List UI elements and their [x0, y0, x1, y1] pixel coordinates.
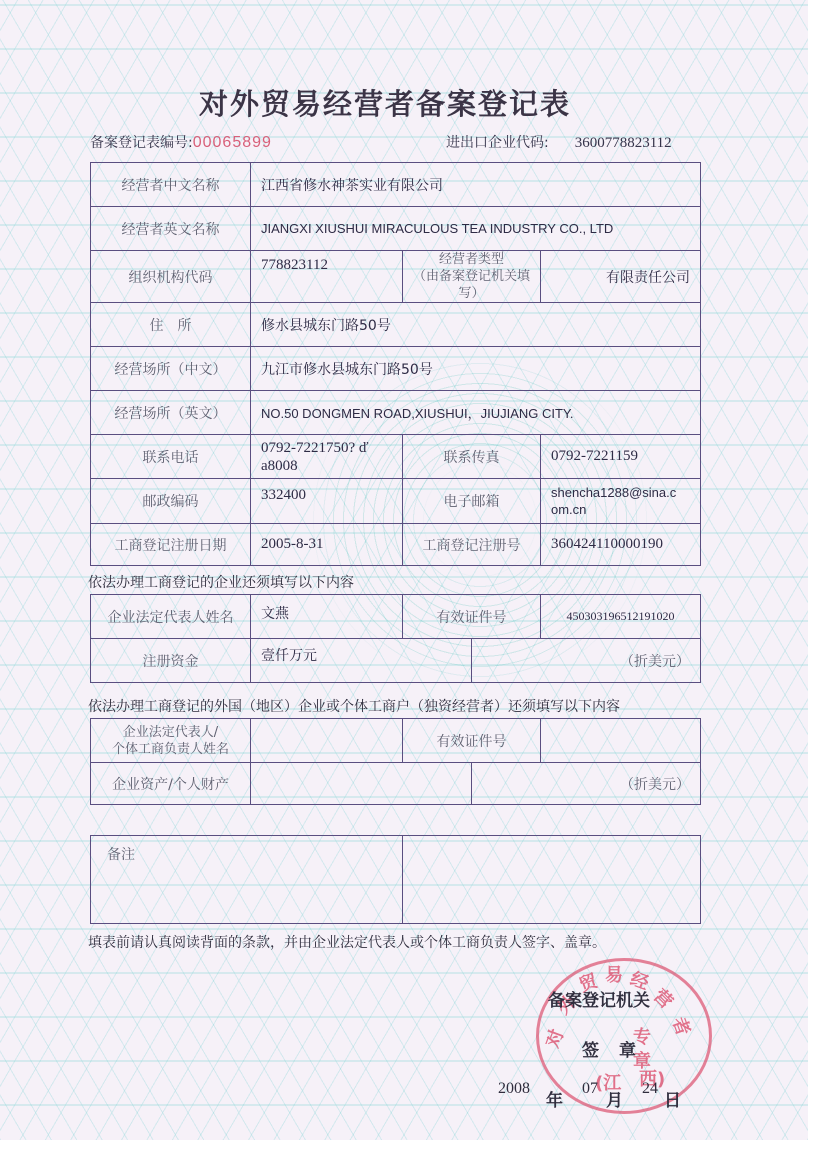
- id-number-label: 有效证件号: [403, 595, 541, 639]
- main-info-table: 经营者中文名称 江西省修水神茶实业有限公司 经营者英文名称 JIANGXI XI…: [90, 162, 701, 566]
- table-row: 注册资金 壹仟万元 （折美元）: [91, 639, 701, 683]
- en-name-value: JIANGXI XIUSHUI MIRACULOUS TEA INDUSTRY …: [251, 207, 701, 251]
- operator-type-label-line2: （由备案登记机关填写）: [405, 268, 538, 302]
- id-number-value: 450303196512191020: [541, 595, 701, 639]
- assets-label: 企业资产/个人财产: [91, 763, 251, 805]
- premises-cn-value: 九江市修水县城东门路50号: [251, 347, 701, 391]
- table-row: 企业法定代表人姓名 文燕 有效证件号 450303196512191020: [91, 595, 701, 639]
- date-month-unit: 月: [606, 1086, 623, 1111]
- foreign-id-value[interactable]: [541, 719, 701, 763]
- capital-usd-note: （折美元）: [472, 639, 701, 683]
- org-code-label: 组织机构代码: [91, 251, 251, 303]
- premises-cn-label: 经营场所（中文）: [91, 347, 251, 391]
- remarks-label: 备注: [91, 836, 403, 924]
- operator-type-label-line1: 经营者类型: [405, 251, 538, 268]
- seal-label: 签章: [582, 1036, 656, 1061]
- foreign-rep-value[interactable]: [251, 719, 403, 763]
- table-row: 经营场所（英文） NO.50 DONGMEN ROAD,XIUSHUI，JIUJ…: [91, 391, 701, 435]
- table-row: 经营者中文名称 江西省修水神茶实业有限公司: [91, 163, 701, 207]
- date-year-unit: 年: [546, 1086, 563, 1111]
- date-month: 07: [582, 1080, 598, 1098]
- import-export-code-value: 3600778823112: [575, 135, 672, 151]
- page-bottom-edge: [0, 1140, 816, 1152]
- document-title: 对外贸易经营者备案登记表: [0, 82, 770, 123]
- record-number: 备案登记表编号:00065899: [90, 132, 272, 152]
- record-number-value: 00065899: [193, 134, 272, 151]
- legal-rep-value: 文燕: [251, 595, 403, 639]
- foreign-table: 企业法定代表人/ 个体工商负责人姓名 有效证件号 企业资产/个人财产 （折美元）: [90, 718, 701, 805]
- table-row: 住 所 修水县城东门路50号: [91, 303, 701, 347]
- en-name-label: 经营者英文名称: [91, 207, 251, 251]
- premises-en-label: 经营场所（英文）: [91, 391, 251, 435]
- fax-label: 联系传真: [403, 435, 541, 479]
- table-row: 企业法定代表人/ 个体工商负责人姓名 有效证件号: [91, 719, 701, 763]
- date-year: 2008: [498, 1080, 530, 1098]
- table-row: 备注: [91, 836, 701, 924]
- postcode-label: 邮政编码: [91, 479, 251, 524]
- phone-value-line1: 0792-7221750? ď: [261, 439, 392, 457]
- table-row: 联系电话 0792-7221750? ď a8008 联系传真 0792-722…: [91, 435, 701, 479]
- email-value-line2: om.cn: [551, 501, 690, 518]
- page-edge: [808, 0, 816, 1152]
- reg-date-label: 工商登记注册日期: [91, 524, 251, 566]
- premises-en-value: NO.50 DONGMEN ROAD,XIUSHUI，JIUJIANG CITY…: [251, 391, 701, 435]
- operator-type-value: 有限责任公司: [541, 251, 701, 303]
- remarks-value[interactable]: [403, 836, 701, 924]
- reg-no-value: 360424110000190: [541, 524, 701, 566]
- cn-name-label: 经营者中文名称: [91, 163, 251, 207]
- capital-value: 壹仟万元: [251, 639, 472, 683]
- instruction-text: 填表前请认真阅读背面的条款，并由企业法定代表人或个体工商负责人签字、盖章。: [88, 932, 606, 952]
- phone-value-line2: a8008: [261, 457, 392, 475]
- import-export-code-label: 进出口企业代码:: [446, 135, 549, 151]
- email-value: shencha1288@sina.c om.cn: [541, 479, 701, 524]
- table-row: 经营场所（中文） 九江市修水县城东门路50号: [91, 347, 701, 391]
- foreign-rep-label-line2: 个体工商负责人姓名: [101, 741, 240, 758]
- foreign-id-label: 有效证件号: [403, 719, 541, 763]
- fax-value: 0792-7221159: [541, 435, 701, 479]
- table-row: 工商登记注册日期 2005-8-31 工商登记注册号 3604241100001…: [91, 524, 701, 566]
- table-row: 经营者英文名称 JIANGXI XIUSHUI MIRACULOUS TEA I…: [91, 207, 701, 251]
- date-day: 24: [642, 1080, 658, 1098]
- phone-label: 联系电话: [91, 435, 251, 479]
- import-export-code: 进出口企业代码:3600778823112: [446, 132, 672, 152]
- org-code-value: 778823112: [251, 251, 403, 303]
- table-row: 组织机构代码 778823112 经营者类型 （由备案登记机关填写） 有限责任公…: [91, 251, 701, 303]
- reg-no-label: 工商登记注册号: [403, 524, 541, 566]
- record-number-label: 备案登记表编号:: [90, 135, 193, 151]
- cn-name-value: 江西省修水神茶实业有限公司: [251, 163, 701, 207]
- email-label: 电子邮箱: [403, 479, 541, 524]
- email-value-line1: shencha1288@sina.c: [551, 484, 690, 501]
- assets-value[interactable]: [251, 763, 472, 805]
- address-label: 住 所: [91, 303, 251, 347]
- operator-type-label: 经营者类型 （由备案登记机关填写）: [403, 251, 541, 303]
- foreign-rep-label-line1: 企业法定代表人/: [101, 724, 240, 741]
- enterprise-table: 企业法定代表人姓名 文燕 有效证件号 450303196512191020 注册…: [90, 594, 701, 683]
- reg-date-value: 2005-8-31: [251, 524, 403, 566]
- assets-usd-note: （折美元）: [472, 763, 701, 805]
- remarks-table: 备注: [90, 835, 701, 924]
- date-day-unit: 日: [664, 1086, 681, 1111]
- capital-label: 注册资金: [91, 639, 251, 683]
- table-row: 企业资产/个人财产 （折美元）: [91, 763, 701, 805]
- registration-authority-label: 备案登记机关: [548, 986, 650, 1011]
- foreign-rep-label: 企业法定代表人/ 个体工商负责人姓名: [91, 719, 251, 763]
- legal-rep-label: 企业法定代表人姓名: [91, 595, 251, 639]
- address-value: 修水县城东门路50号: [251, 303, 701, 347]
- table-row: 邮政编码 332400 电子邮箱 shencha1288@sina.c om.c…: [91, 479, 701, 524]
- postcode-value: 332400: [251, 479, 403, 524]
- phone-value: 0792-7221750? ď a8008: [251, 435, 403, 479]
- enterprise-section-heading: 依法办理工商登记的企业还须填写以下内容: [88, 572, 354, 592]
- foreign-section-heading: 依法办理工商登记的外国（地区）企业或个体工商户（独资经营者）还须填写以下内容: [88, 696, 620, 716]
